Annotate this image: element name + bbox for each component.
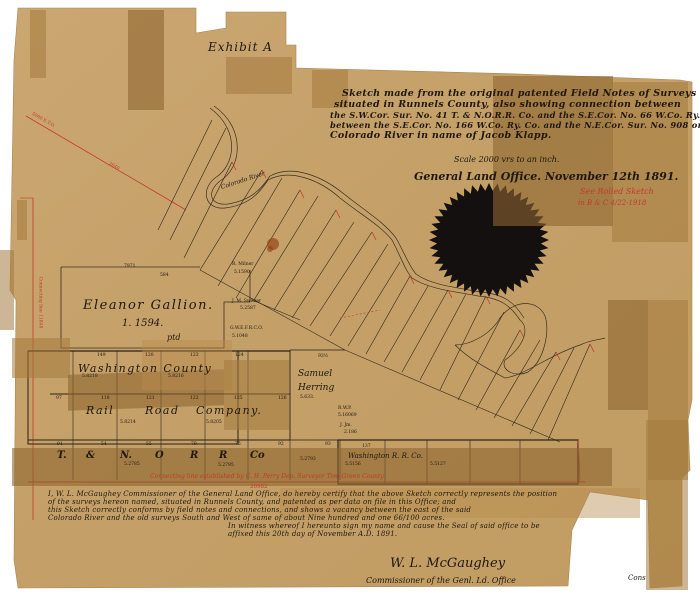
cert-line-2: of the surveys hereon named, situated in… bbox=[48, 498, 638, 506]
cert-line-6: affixed this 20th day of November A.D. 1… bbox=[228, 530, 700, 538]
row-num: 118 bbox=[101, 396, 110, 401]
title-line-3: the S.W.Cor. Sur. No. 41 T. & N.O.R.R. C… bbox=[330, 110, 675, 120]
title-line-5: Colorado River in name of Jacob Klapp. bbox=[330, 130, 675, 141]
tno-abs-third: 5.2793 bbox=[300, 457, 316, 462]
connecting-line-label: Connecting line established by C. H. Per… bbox=[150, 473, 384, 480]
rwp-label: R.W.P. bbox=[338, 406, 352, 411]
title-line-1: Sketch made from the original patented F… bbox=[342, 88, 687, 99]
milner-abstract: 5.1590 bbox=[234, 270, 250, 275]
washington-rr-lower-number: 137 bbox=[362, 444, 371, 449]
red-note-line-1: See Rolled Sketch bbox=[580, 187, 654, 196]
washington-county-name: Washington County bbox=[78, 362, 212, 375]
tno-abs-left: 5.2785 bbox=[124, 462, 140, 467]
corner-note: Cons bbox=[628, 574, 646, 582]
jm-abstract: 2.186 bbox=[344, 430, 357, 435]
certificate-block: I, W. L. McGaughey Commissioner of the G… bbox=[48, 490, 638, 538]
tno-letter: R bbox=[219, 450, 227, 461]
red-note-line-2: in B & C 4/22-1918 bbox=[578, 199, 646, 207]
title-line-2: situated in Runnels County, also showing… bbox=[334, 99, 679, 110]
washington-rr-lower-name: Washington R. R. Co. bbox=[348, 452, 423, 460]
eleanor-gallion-name: Eleanor Gallion. bbox=[83, 298, 214, 313]
row-num: 149 bbox=[97, 353, 106, 358]
cert-line-5: In witness whereof I hereunto sign my na… bbox=[228, 522, 700, 530]
signature: W. L. McGaughey bbox=[390, 556, 505, 571]
milner-label: R. Milner bbox=[232, 262, 253, 267]
switzer-label: J. M. Switzer bbox=[232, 299, 261, 304]
row-num: 54 bbox=[101, 442, 107, 447]
samuel-herring-number: 93½ bbox=[318, 354, 328, 359]
red-left-label: Connecting line 11848 bbox=[37, 277, 42, 329]
eleanor-corner: 584 bbox=[160, 273, 169, 278]
tape-strip bbox=[226, 57, 292, 94]
washington-abs-left: 5.8218 bbox=[82, 374, 98, 379]
tno-letter: T. bbox=[57, 450, 67, 461]
eleanor-gallion-abstract: 1. 1594. bbox=[122, 318, 163, 329]
switzer-abstract: 5.2587 bbox=[240, 306, 256, 311]
sofor-abstract: 5.1048 bbox=[232, 334, 248, 339]
tape-strip bbox=[30, 10, 46, 78]
row-num: 121 bbox=[146, 396, 155, 401]
exhibit-label: Exhibit A bbox=[208, 40, 273, 54]
row-num: 55 bbox=[146, 442, 152, 447]
tape-strip bbox=[224, 360, 289, 430]
cert-line-3: this Sketch correctly conforms by field … bbox=[48, 506, 638, 514]
eleanor-top-line: 7971 bbox=[124, 264, 135, 269]
jm-label: J. Jm. bbox=[340, 423, 352, 428]
cert-line-1: I, W. L. McGaughey Commissioner of the G… bbox=[48, 490, 638, 498]
row-num: 125 bbox=[234, 396, 243, 401]
samuel-herring-abstract: 5.633. bbox=[300, 395, 314, 400]
cert-line-4: Colorado River and the old surveys South… bbox=[48, 514, 638, 522]
tape-strip bbox=[608, 300, 648, 410]
tno-letter: O bbox=[155, 450, 164, 461]
rail-road-word-3: Company. bbox=[196, 404, 262, 417]
tape-strip bbox=[17, 200, 27, 240]
row-num: 124 bbox=[235, 353, 244, 358]
washington-rr-lower-abs-left: 5.5156 bbox=[345, 462, 361, 467]
samuel-herring-name: Samuel Herring bbox=[298, 367, 342, 395]
tno-letter: Co bbox=[250, 450, 265, 461]
washington-abs-right: 5.8216 bbox=[168, 374, 184, 379]
eleanor-gallion-ptd: ptd bbox=[167, 333, 180, 342]
row-num: 75 bbox=[235, 442, 241, 447]
rail-road-abs-left: 5.8214 bbox=[120, 420, 136, 425]
rail-road-word-1: Rail bbox=[86, 404, 114, 417]
tno-letter: N. bbox=[120, 450, 132, 461]
tape-strip bbox=[128, 10, 164, 110]
row-num: 92 bbox=[278, 442, 284, 447]
tape-strip bbox=[646, 420, 688, 590]
title-block: Sketch made from the original patented F… bbox=[342, 88, 687, 141]
row-num: 120 bbox=[145, 353, 154, 358]
rwp-abstract: 5.16069 bbox=[338, 413, 357, 418]
tape-strip bbox=[12, 448, 612, 486]
rail-road-abs-right: 5.8205 bbox=[206, 420, 222, 425]
tno-letter: R bbox=[190, 450, 198, 461]
washington-rr-lower-abs-right: 5.5127 bbox=[430, 462, 446, 467]
rail-road-word-2: Road bbox=[145, 404, 180, 417]
row-num: 126 bbox=[278, 396, 287, 401]
row-num: 91 bbox=[57, 442, 63, 447]
tno-abs-right: 5.2795 bbox=[218, 463, 234, 468]
row-num: 122 bbox=[190, 396, 199, 401]
scale-note: Scale 2000 vrs to an inch. bbox=[454, 155, 559, 164]
signature-title: Commissioner of the Genl. Ld. Office bbox=[366, 576, 516, 585]
map-sheet: Exhibit A Sketch made from the original … bbox=[0, 0, 700, 594]
row-num: 79 bbox=[191, 442, 197, 447]
office-date: General Land Office. November 12th 1891. bbox=[414, 170, 678, 183]
tape-strip bbox=[0, 250, 14, 330]
row-num: 123 bbox=[190, 353, 199, 358]
row-num: 97 bbox=[56, 396, 62, 401]
sofor-label: G.W.E.F.R.C.O. bbox=[230, 326, 263, 331]
row-num: 93 bbox=[325, 442, 331, 447]
tno-letter: & bbox=[86, 450, 95, 461]
title-line-4: between the S.E.Cor. No. 166 W.Co. Ry. C… bbox=[330, 120, 675, 130]
tape-strip bbox=[12, 338, 70, 378]
